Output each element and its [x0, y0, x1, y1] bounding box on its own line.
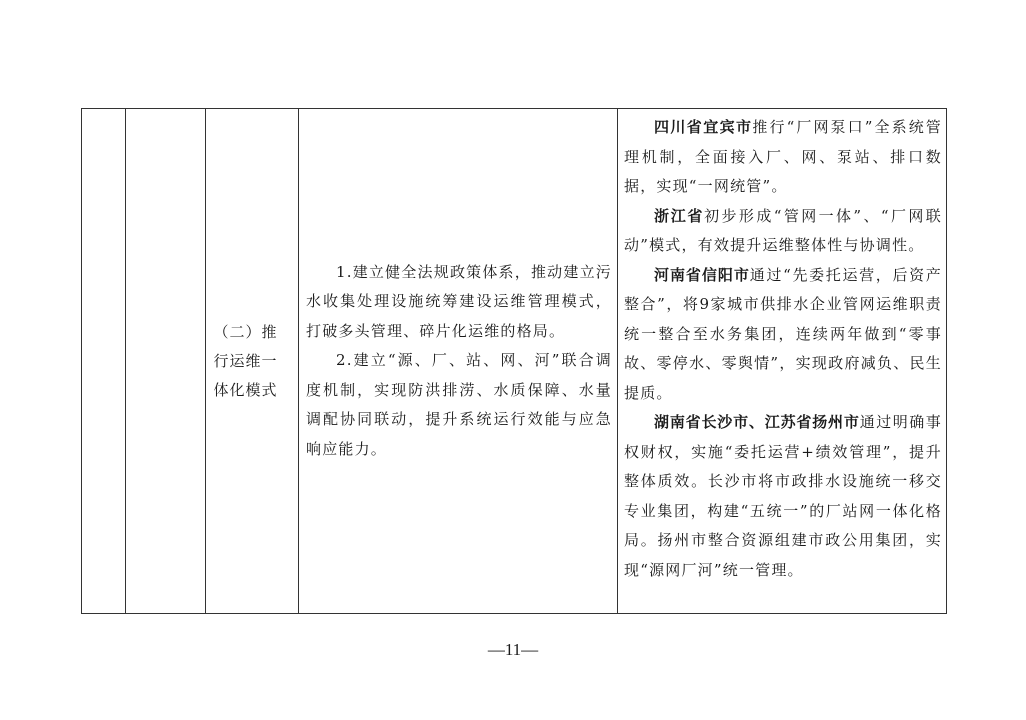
measures-cell: 1.建立健全法规政策体系，推动建立污水收集处理设施统筹建设运维管理模式，打破多头…: [299, 109, 618, 613]
region-name: 河南省信阳市: [654, 266, 750, 284]
region-name: 浙江省: [654, 207, 704, 225]
example-changsha-yangzhou: 湖南省长沙市、江苏省扬州市通过明确事权财权，实施“委托运营+绩效管理”，提升整体…: [624, 408, 942, 585]
example-zhejiang: 浙江省初步形成“管网一体”、“厂网联动”模式，有效提升运维整体性与协调性。: [624, 202, 942, 261]
examples-cell: 四川省宜宾市推行“厂网泵口”全系统管理机制，全面接入厂、网、泵站、排口数据，实现…: [618, 109, 948, 613]
measure-1: 1.建立健全法规政策体系，推动建立污水收集处理设施统筹建设运维管理模式，打破多头…: [306, 258, 612, 347]
policy-table: （二）推行运维一体化模式 1.建立健全法规政策体系，推动建立污水收集处理设施统筹…: [81, 108, 947, 614]
example-xinyang: 河南省信阳市通过“先委托运营，后资产整合”，将9家城市供排水企业管网运维职责统一…: [624, 261, 942, 409]
column-divider: [125, 109, 126, 613]
measure-2: 2.建立“源、厂、站、网、河”联合调度机制，实现防洪排涝、水质保障、水量调配协同…: [306, 346, 612, 464]
example-yibin: 四川省宜宾市推行“厂网泵口”全系统管理机制，全面接入厂、网、泵站、排口数据，实现…: [624, 113, 942, 202]
task-title-cell: （二）推行运维一体化模式: [206, 109, 299, 613]
region-name: 四川省宜宾市: [654, 118, 752, 136]
region-name: 湖南省长沙市、江苏省扬州市: [654, 413, 860, 431]
task-title: （二）推行运维一体化模式: [214, 318, 292, 405]
page-number: —11—: [0, 640, 1026, 660]
